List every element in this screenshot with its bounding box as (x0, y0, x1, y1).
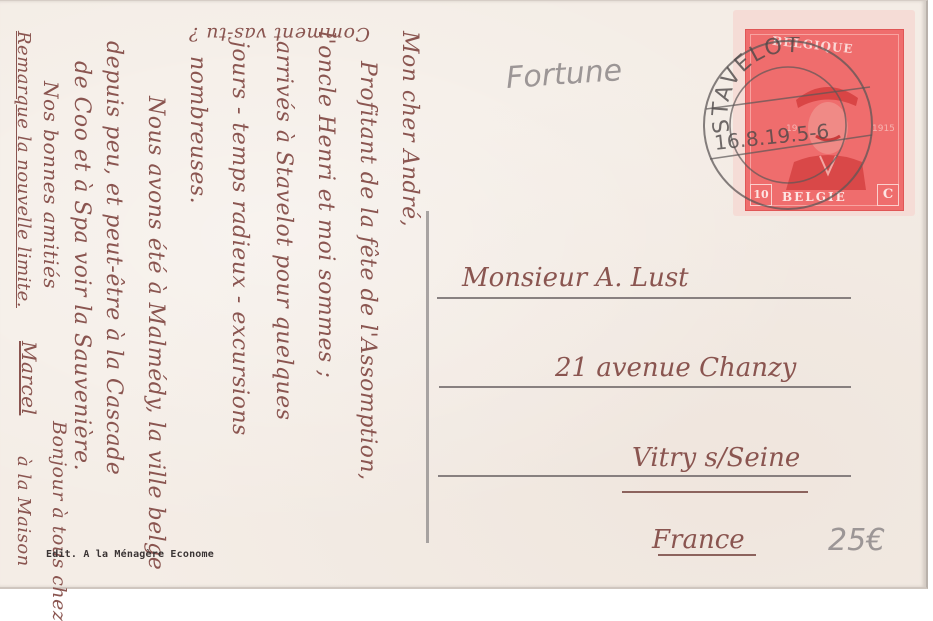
message-line: à la Maison (12, 456, 34, 567)
publisher-imprint: Edit. A la Ménagère Econome (46, 549, 214, 560)
message-line: Nous avons été à Malmédy, la ville belge (144, 96, 166, 570)
postcard-back: Comment vas-tu ? Mon cher André, Profita… (0, 0, 928, 589)
message-line: Profitant de la fête de l'Assomption, (356, 61, 378, 481)
address-rule (437, 297, 851, 299)
address-line-street: 21 avenue Chanzy (555, 353, 796, 383)
message-line: nombreuses. (186, 56, 208, 204)
stamp-unit: C (877, 184, 899, 206)
king-portrait-icon (786, 70, 866, 190)
message-line: jours - temps radieux - excursions (228, 41, 250, 436)
center-divider (426, 211, 429, 543)
postage-stamp: BELGIQUE 19 1915 10 BELGIE C (745, 29, 904, 211)
message-postscript: Remarque la nouvelle limite. (12, 31, 34, 308)
message-line: Bonjour à tous chez (48, 421, 70, 589)
address-rule (439, 386, 851, 388)
message-line: depuis peu, et peut-être à la Cascade (102, 41, 124, 475)
stamp-country-bottom: BELGIE (782, 190, 847, 204)
address-line-country: France (652, 525, 745, 555)
stamp-year-left: 19 (786, 124, 797, 134)
message-line: de Coo et à Spa voir la Sauvenière. (70, 61, 92, 471)
message-signature: Marcel (18, 341, 40, 415)
message-line: l'oncle Henri et moi sommes ; (314, 31, 336, 378)
message-line: Nos bonnes amitiés (40, 81, 62, 289)
message-line: arrivés à Stavelot pour quelques (272, 41, 294, 421)
address-line-city: Vitry s/Seine (632, 443, 800, 473)
address-rule (438, 475, 851, 477)
address-line-name: Monsieur A. Lust (462, 263, 689, 293)
stamp-year-right: 1915 (872, 124, 895, 134)
stamp-value: 10 (750, 184, 772, 206)
message-line: Mon cher André, (398, 31, 420, 227)
country-underline (658, 554, 756, 556)
pencil-note-price: 25€ (828, 523, 885, 558)
pencil-note-name: Fortune (505, 53, 623, 96)
city-underline (622, 491, 808, 493)
